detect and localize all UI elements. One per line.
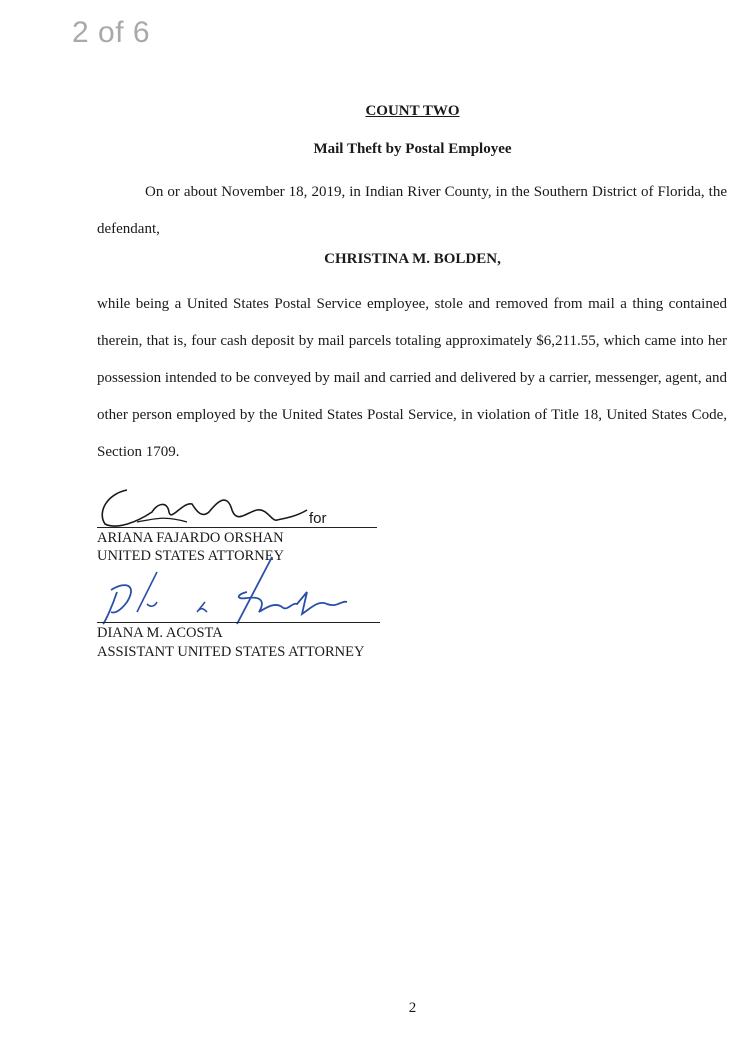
signed-for-note: for xyxy=(309,510,327,528)
signatory-name: DIANA M. ACOSTA xyxy=(97,624,223,642)
signatory-title: ASSISTANT UNITED STATES ATTORNEY xyxy=(97,643,364,661)
page-indicator: 2 of 6 xyxy=(72,16,150,50)
handwritten-signature-icon xyxy=(97,552,357,627)
page-number: 2 xyxy=(0,1000,750,1017)
handwritten-signature-icon xyxy=(97,482,337,532)
paragraph-intro: On or about November 18, 2019, in Indian… xyxy=(97,174,727,248)
paragraph-intro-text: On or about November 18, 2019, in Indian… xyxy=(97,184,727,237)
defendant-name: CHRISTINA M. BOLDEN, xyxy=(0,251,750,268)
count-subtitle: Mail Theft by Postal Employee xyxy=(0,141,750,158)
signatory-name: ARIANA FAJARDO ORSHAN xyxy=(97,529,284,547)
signature-line xyxy=(97,622,380,623)
count-title: COUNT TWO xyxy=(0,103,750,120)
signature-line xyxy=(97,527,377,528)
signature-block-assistant-attorney: DIANA M. ACOSTA ASSISTANT UNITED STATES … xyxy=(97,552,387,672)
paragraph-charge: while being a United States Postal Servi… xyxy=(97,286,727,471)
